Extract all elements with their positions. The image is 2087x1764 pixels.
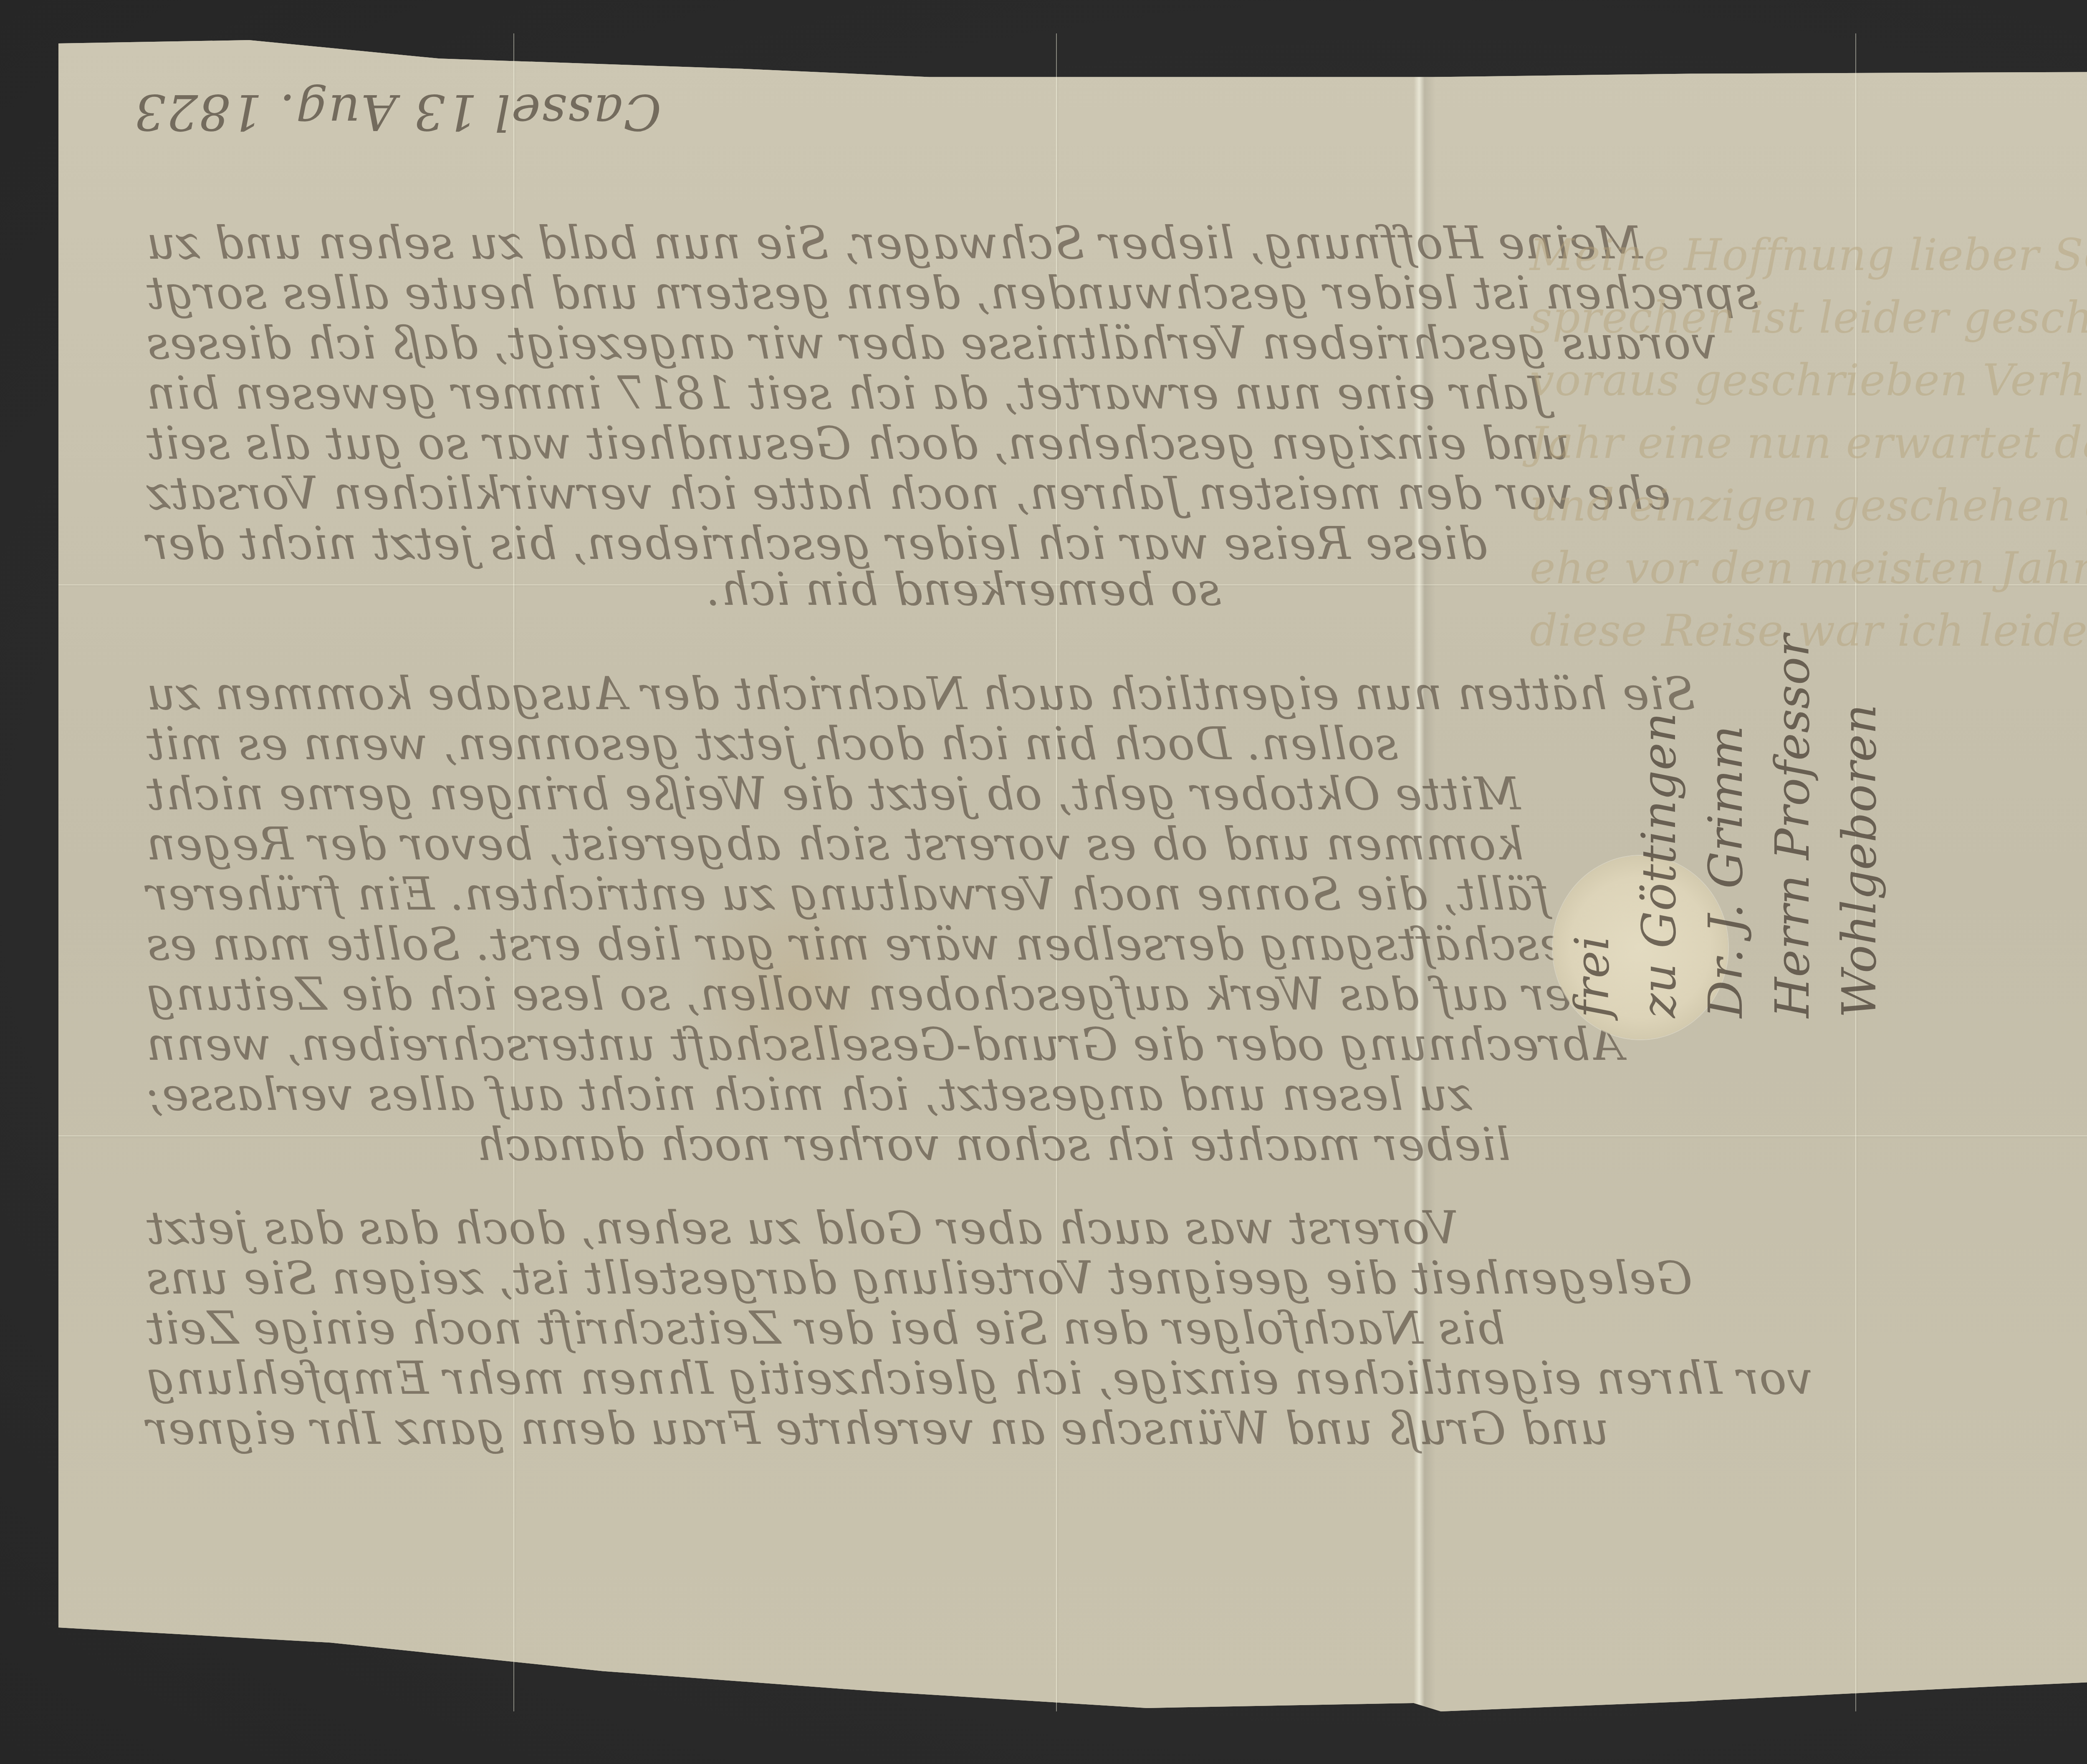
text-line: Mitte Oktober geht, ob jetzt die Weiße b…	[146, 768, 1521, 820]
text-line: Jahr eine nun erwartet, da ich seit 1817…	[146, 367, 1547, 420]
text-line: lieber machte ich schon vorher noch dana…	[476, 1119, 1511, 1171]
address-line: Wohlgeboren	[1832, 634, 1887, 1018]
bleed-through-line: sprechen ist leider geschwunden denn ges…	[1530, 292, 2087, 343]
text-line: und Gruß und Wünsche an verehrte Frau de…	[146, 1403, 1609, 1455]
address-line: Herrn Professor	[1766, 634, 1820, 1018]
text-line: fällt, die Sonne noch Verwaltung zu entr…	[146, 868, 1549, 920]
bleed-through-line: voraus geschrieben Verhältnisse aber wir…	[1530, 355, 2087, 406]
text-line: Vorerst was auch aber Gold zu sehen, doc…	[146, 1202, 1458, 1254]
left-page: Cassel 13 Aug. 1823 Meine Hoffnung, lieb…	[58, 33, 1438, 1711]
address-line: frei	[1565, 634, 1620, 1018]
text-line: zu lesen und angesetzt, ich mich nicht a…	[146, 1069, 1472, 1121]
bleed-through-line: Jahr eine nun erwartet da ich seit 1817 …	[1530, 417, 2087, 468]
address-line: zu Göttingen	[1632, 634, 1686, 1018]
text-line: sollen. Doch bin ich doch jetzt gesonnen…	[146, 718, 1398, 770]
text-line: bis Nachfolger den Sie bei der Zeitschri…	[146, 1302, 1506, 1355]
bleed-through-line: Meine Hoffnung lieber Schwager Sie nun b…	[1530, 230, 2087, 281]
address-block: Wohlgeboren Herrn Professor Dr. J. Grimm…	[1553, 634, 1899, 1018]
text-line: so bemerkend bin ich.	[705, 564, 1221, 616]
text-line: Abrechnung oder die Grund-Gesellschaft u…	[146, 1018, 1623, 1071]
text-line: kommen und ob es vorerst sich abgereist,…	[146, 818, 1524, 870]
fold-line	[1438, 1135, 2087, 1136]
letter-date: Cassel 13 Aug. 1823	[134, 83, 662, 141]
bleed-through-line: ehe vor den meisten Jahren noch hatte ic…	[1530, 543, 2087, 594]
address-line: Dr. J. Grimm	[1699, 634, 1753, 1018]
bleed-through-line: und einzigen geschehen doch Gesundheit w…	[1530, 480, 2087, 531]
text-line: Geschäftsgang derselben wäre mir gar lie…	[146, 918, 1603, 970]
text-line: diese Reise war ich leider geschrieben, …	[146, 518, 1487, 570]
text-line: und einzigen geschehen, doch Gesundheit …	[146, 417, 1569, 470]
text-line: Meine Hoffnung, lieber Schwager, Sie nun…	[146, 217, 1643, 269]
